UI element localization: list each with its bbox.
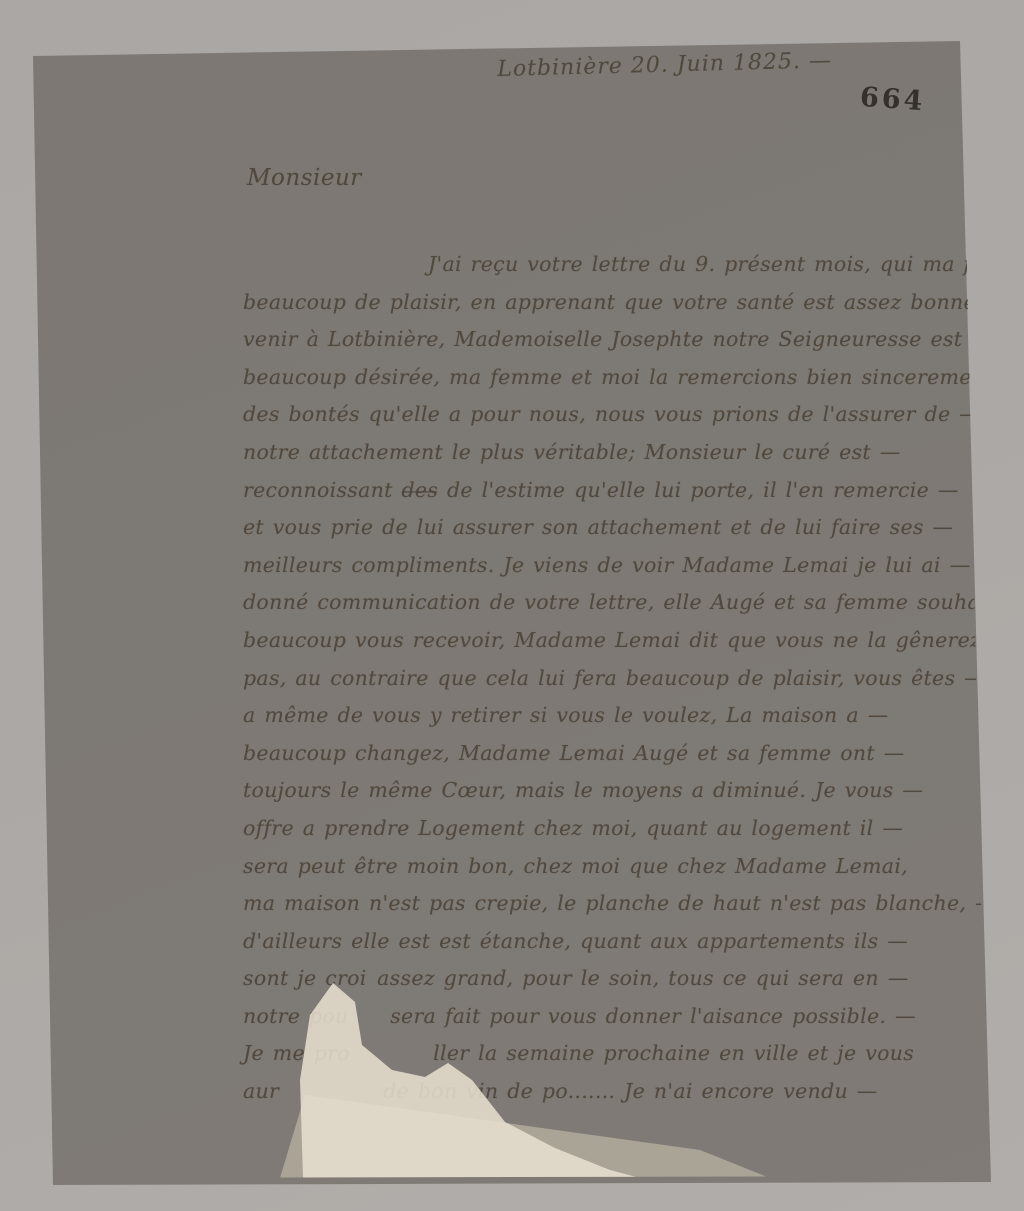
handwritten-line: des bontés qu'elle a pour nous, nous vou… <box>243 402 983 440</box>
handwritten-line: beaucoup désirée, ma femme et moi la rem… <box>243 365 983 403</box>
handwritten-line: d'ailleurs elle est est étanche, quant a… <box>243 929 983 967</box>
handwritten-line: venir à Lotbinière, Mademoiselle Josepht… <box>243 327 983 365</box>
archive-number-stamp: 664 <box>859 82 926 117</box>
handwritten-line: sont je croi assez grand, pour le soin, … <box>243 966 983 1004</box>
handwritten-line: beaucoup changez, Madame Lemai Augé et s… <box>243 741 983 779</box>
photograph-background: Lotbinière 20. Juin 1825. — 664 Monsieur… <box>0 0 1024 1211</box>
letter-body: J'ai reçu votre lettre du 9. présent moi… <box>243 252 983 1117</box>
handwritten-line: et vous prie de lui assurer son attachem… <box>243 515 983 553</box>
handwritten-line: a même de vous y retirer si vous le voul… <box>243 703 983 741</box>
handwritten-line: meilleurs compliments. Je viens de voir … <box>243 553 983 591</box>
handwritten-line: offre a prendre Logement chez moi, quant… <box>243 816 983 854</box>
handwritten-line: ma maison n'est pas crepie, le planche d… <box>243 891 983 929</box>
handwritten-line: beaucoup vous recevoir, Madame Lemai dit… <box>243 628 983 666</box>
dateline: Lotbinière 20. Juin 1825. — <box>497 48 832 82</box>
handwritten-line: beaucoup de plaisir, en apprenant que vo… <box>243 290 983 328</box>
handwritten-line: donné communication de votre lettre, ell… <box>243 590 983 628</box>
handwritten-line: reconnoissant d̶e̶s̶ de l'estime qu'elle… <box>243 478 983 516</box>
handwritten-line: J'ai reçu votre lettre du 9. présent moi… <box>243 252 983 290</box>
salutation: Monsieur <box>247 165 362 191</box>
handwritten-line: notre attachement le plus véritable; Mon… <box>243 440 983 478</box>
handwritten-line: sera peut être moin bon, chez moi que ch… <box>243 854 983 892</box>
handwritten-line: pas, au contraire que cela lui fera beau… <box>243 666 983 704</box>
letter-sheet: Lotbinière 20. Juin 1825. — 664 Monsieur… <box>0 0 1024 1211</box>
handwritten-line: toujours le même Cœur, mais le moyens a … <box>243 778 983 816</box>
